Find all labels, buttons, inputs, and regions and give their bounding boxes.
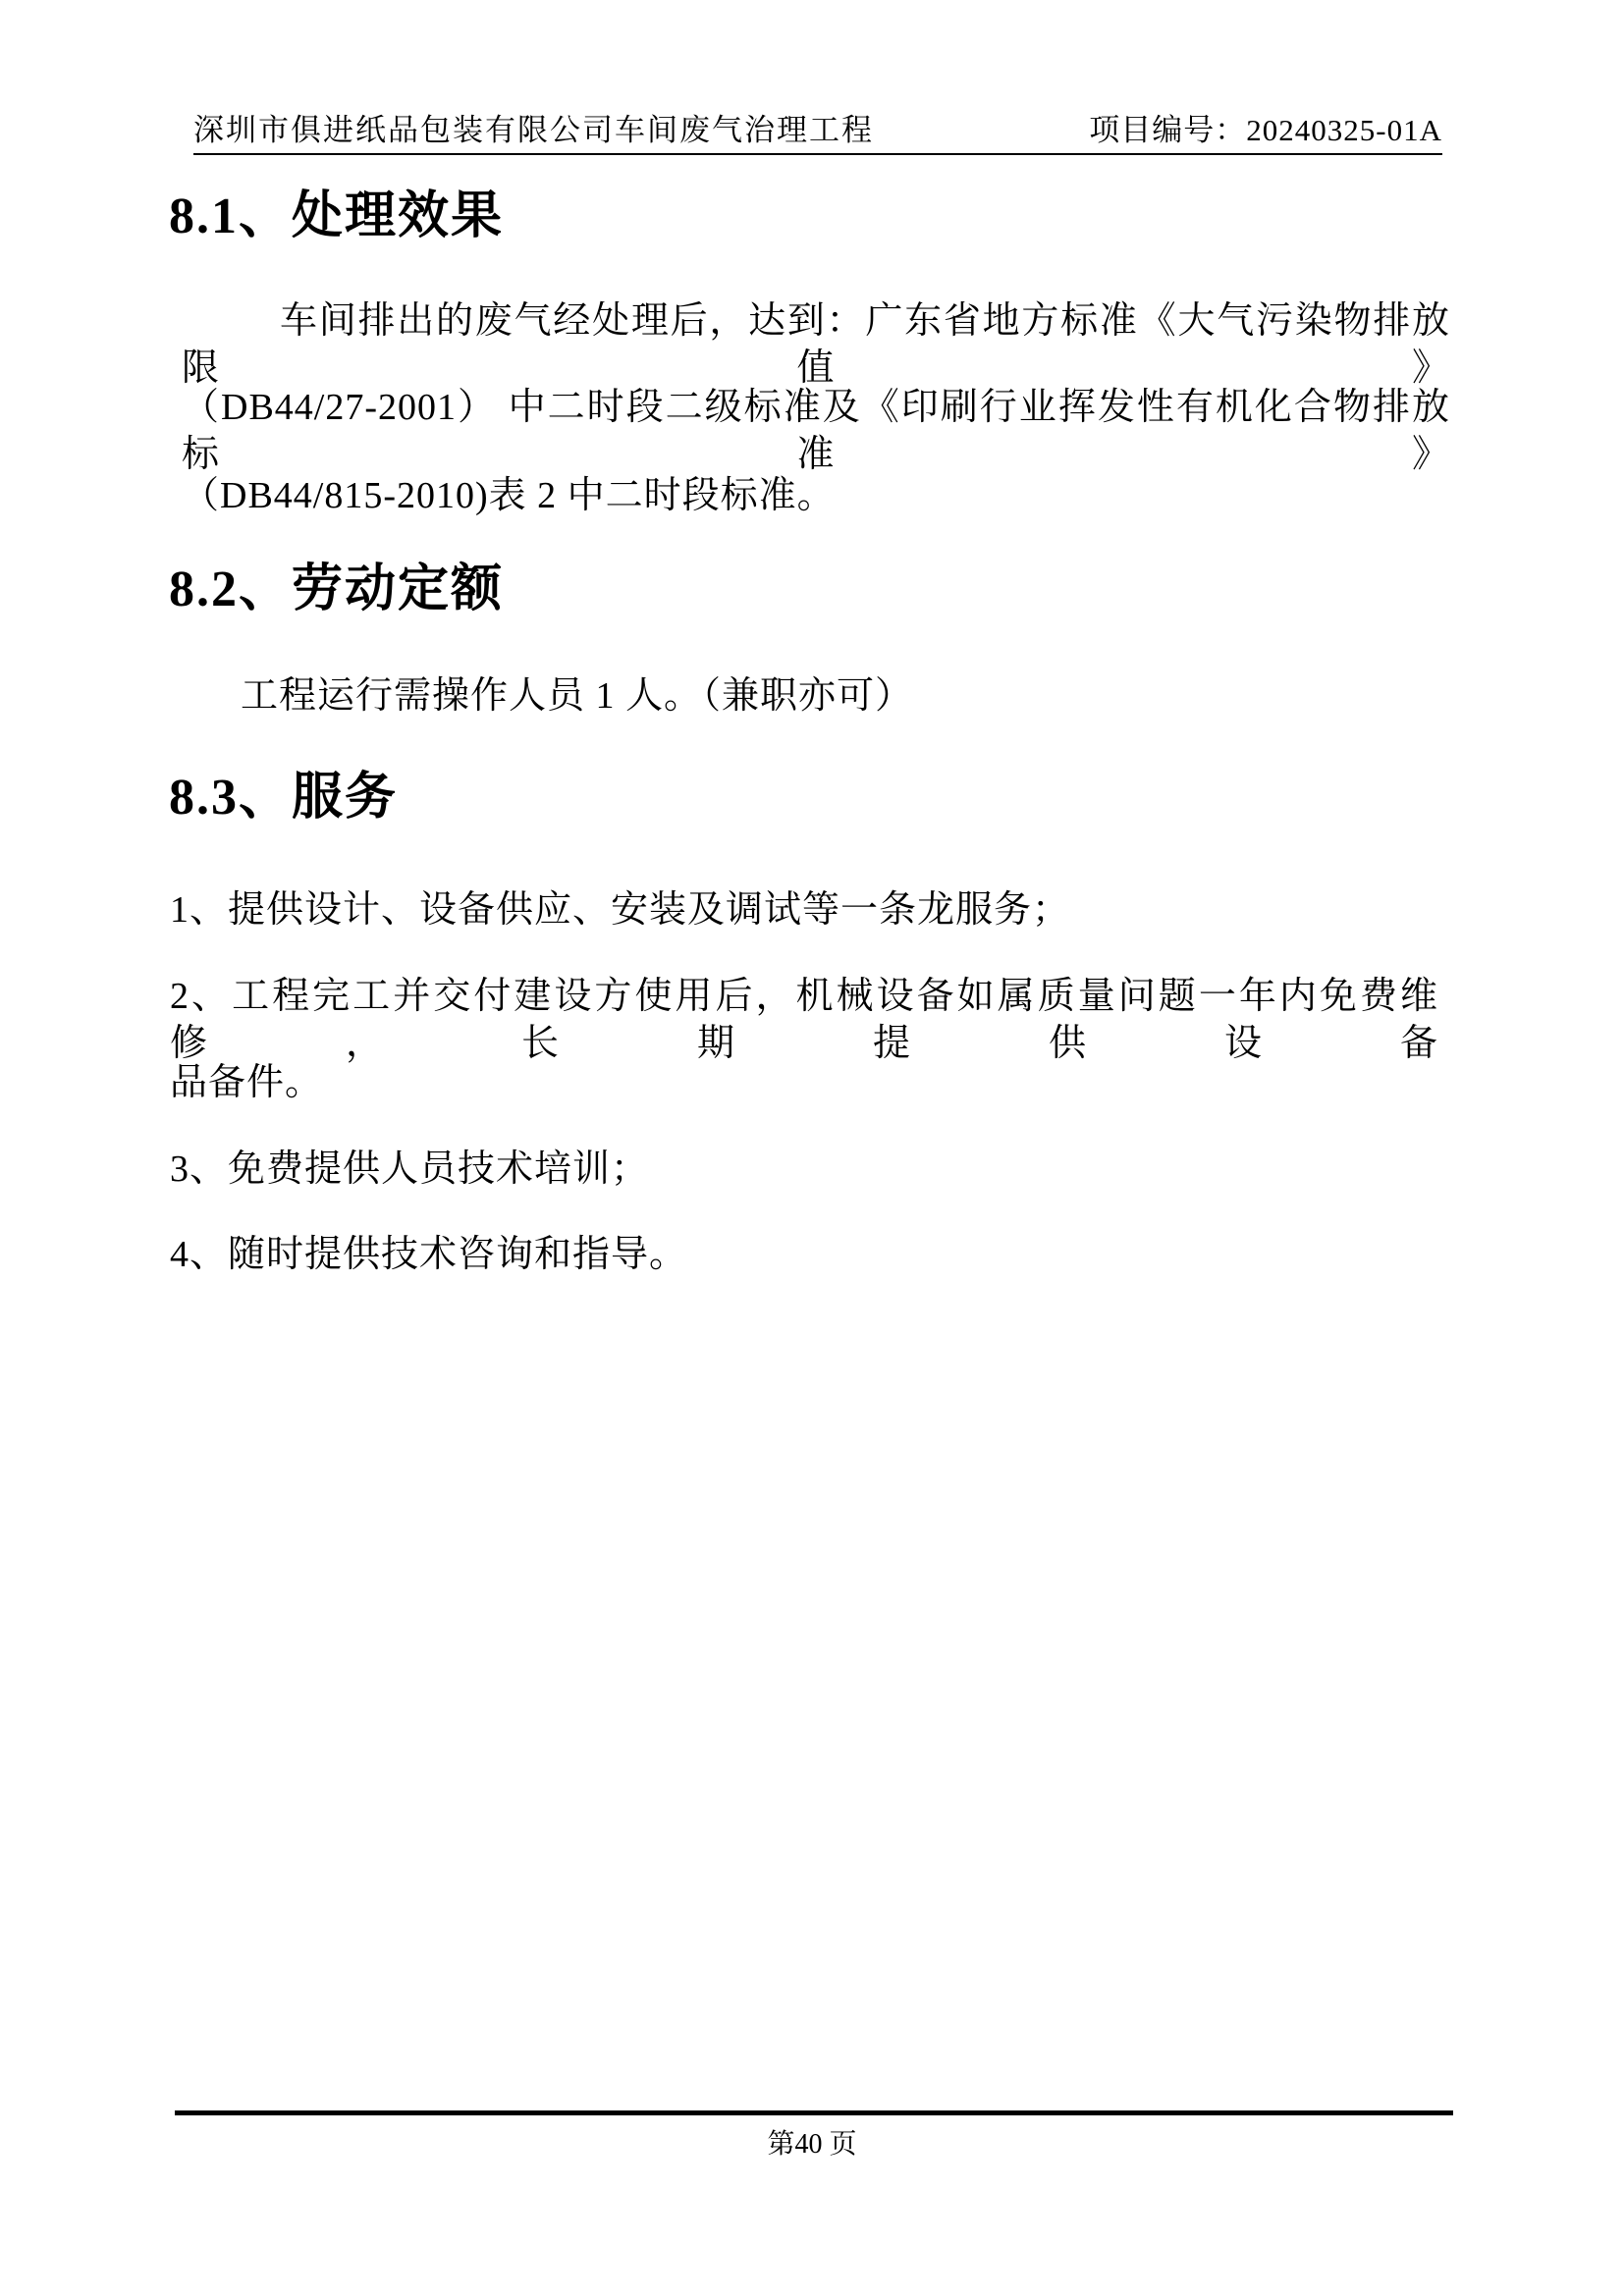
section-heading-8-3: 8.3、服务 — [169, 770, 1435, 827]
paragraph-8-1-line-3: （DB44/815-2010)表 2 中二时段标准。 — [182, 472, 1450, 519]
service-list-item-2-line-1: 2、工程完工并交付建设方使用后，机械设备如属质量问题一年内免费维修，长期提供设备 — [170, 973, 1438, 1067]
header-project-number: 项目编号：20240325-01A — [1089, 114, 1442, 147]
section-heading-8-2: 8.2、劳动定额 — [169, 561, 1435, 618]
paragraph-8-1-line-2: （DB44/27-2001） 中二时段二级标准及《印刷行业挥发性有机化合物排放标… — [182, 384, 1450, 478]
footer-page-number: 第40 页 — [0, 2128, 1624, 2162]
page-header: 深圳市俱进纸品包装有限公司车间废气治理工程 项目编号：20240325-01A — [193, 114, 1442, 155]
section-heading-8-1: 8.1、处理效果 — [169, 188, 1435, 245]
service-list-item-4: 4、随时提供技术咨询和指导。 — [170, 1231, 1438, 1278]
document-page: 深圳市俱进纸品包装有限公司车间废气治理工程 项目编号：20240325-01A … — [0, 0, 1624, 2296]
service-list-item-2-line-2: 品备件。 — [170, 1059, 1438, 1106]
service-list-item-3: 3、免费提供人员技术培训； — [170, 1146, 1438, 1193]
service-list-item-1: 1、提供设计、设备供应、安装及调试等一条龙服务； — [170, 886, 1438, 934]
header-project-title: 深圳市俱进纸品包装有限公司车间废气治理工程 — [193, 114, 874, 147]
paragraph-8-2-body: 工程运行需操作人员 1 人。（兼职亦可） — [182, 672, 1450, 720]
paragraph-8-1-line-1: 车间排出的废气经处理后，达到：广东省地方标准《大气污染物排放限值》 — [182, 297, 1450, 392]
footer-rule — [175, 2110, 1453, 2115]
